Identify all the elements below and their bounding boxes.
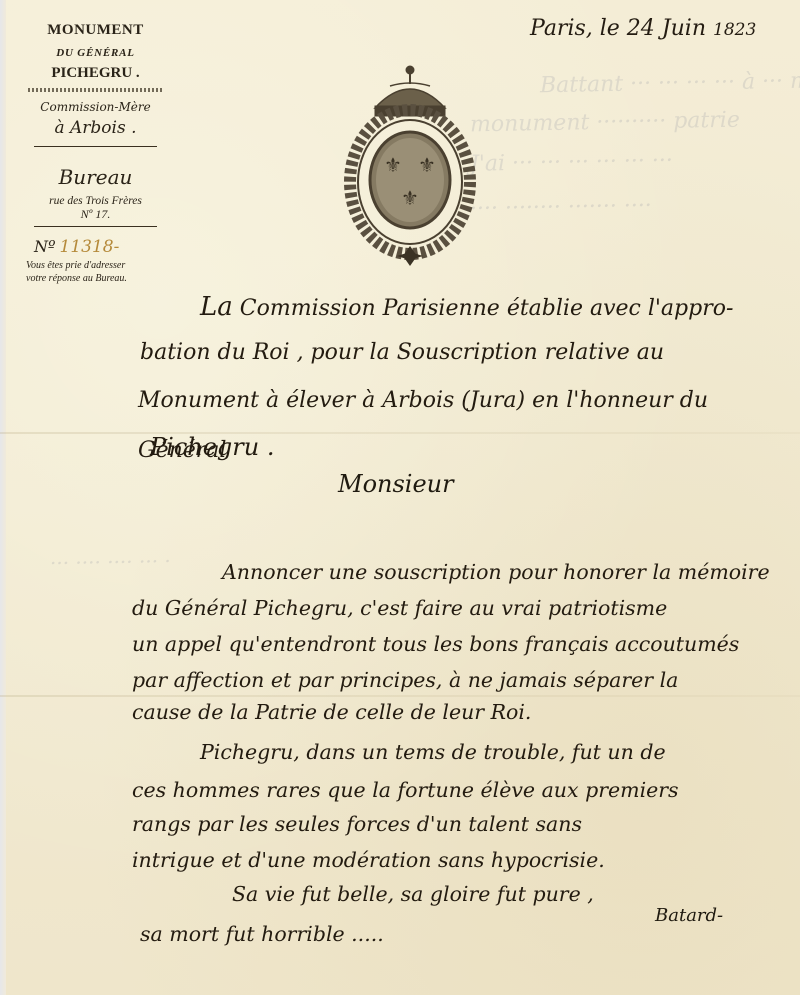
body-line: ces hommes rares que la fortune élève au… — [132, 778, 679, 802]
letterhead-title: MONUMENT — [18, 22, 173, 39]
letterhead: MONUMENT DU GÉNÉRAL PICHEGRU . Commissio… — [18, 22, 173, 285]
reference-number: 11318- — [60, 237, 120, 257]
letter-page: Battant ··· ··· ··· ··· à ··· monument m… — [0, 0, 800, 995]
decorative-rule — [28, 88, 163, 92]
note-line: votre réponse au Bureau. — [26, 272, 173, 285]
letterhead-address-number: Nº 17. — [18, 207, 173, 222]
letterhead-place: à Arbois . — [18, 118, 173, 138]
body-line: un appel qu'entendront tous les bons fra… — [132, 632, 739, 656]
signature: Batard- — [655, 905, 723, 926]
divider — [34, 146, 157, 147]
letterhead-note: Vous êtes prie d'adresser votre réponse … — [18, 259, 173, 285]
body-line: Pichegru, dans un tems de trouble, fut u… — [200, 740, 666, 764]
show-through-text: monument ·········· patrie — [470, 108, 740, 138]
body-line: intrigue et d'une modération sans hypocr… — [132, 848, 605, 872]
letterhead-address: rue des Trois Frères — [18, 195, 173, 207]
svg-text:⚜: ⚜ — [401, 186, 419, 210]
letterhead-subtitle: DU GÉNÉRAL — [18, 47, 173, 59]
body-line: rangs par les seules forces d'un talent … — [132, 812, 582, 836]
note-line: Vous êtes prie d'adresser — [26, 259, 173, 272]
letterhead-commission: Commission-Mère — [18, 100, 173, 114]
show-through-text: ··· ···· ···· ··· · — [50, 549, 171, 575]
show-through-text: J'ai ··· ··· ··· ··· ··· ··· — [470, 148, 673, 177]
divider — [34, 226, 157, 227]
body-line: Sa vie fut belle, sa gloire fut pure , — [232, 882, 594, 906]
body-line: cause de la Patrie de celle de leur Roi. — [132, 700, 531, 724]
letterhead-name: PICHEGRU . — [18, 65, 173, 82]
svg-text:⚜: ⚜ — [384, 153, 402, 177]
show-through-text: ···· ········ ······· ···· — [470, 193, 652, 221]
letterhead-bureau: Bureau — [18, 165, 173, 189]
dateline: Paris, le 24 Juin 1823 — [530, 16, 756, 41]
letter-heading: La Commission Parisienne établie avec l'… — [200, 282, 780, 334]
body-line: sa mort fut horrible ..... — [140, 922, 384, 946]
heading-line-2: bation du Roi , pour la Souscription rel… — [140, 328, 780, 378]
body-line: du Général Pichegru, c'est faire au vrai… — [132, 596, 667, 620]
body-line: Annoncer une souscription pour honorer l… — [222, 560, 770, 584]
reference-number-field: Nº11318- — [18, 237, 173, 257]
paper-fold — [0, 695, 800, 697]
heading-text: Commission Parisienne établie avec l'app… — [240, 296, 734, 321]
body-line: par affection et par principes, à ne jam… — [132, 668, 678, 692]
paper-edge — [0, 0, 6, 995]
show-through-text: Battant ··· ··· ··· ··· à ··· monument — [540, 67, 800, 98]
heading-lead-word: La — [200, 292, 233, 322]
heading-line-1: La Commission Parisienne établie avec l'… — [200, 282, 780, 334]
salutation: Monsieur — [338, 470, 454, 498]
reference-label: Nº — [34, 237, 56, 256]
date-text: Paris, le 24 Juin — [530, 16, 706, 41]
date-year: 1823 — [713, 20, 756, 40]
svg-text:⚜: ⚜ — [418, 153, 436, 177]
heading-line-4: Pichegru . — [150, 422, 274, 472]
royal-crest-icon: ⚜ ⚜ ⚜ — [335, 60, 485, 270]
